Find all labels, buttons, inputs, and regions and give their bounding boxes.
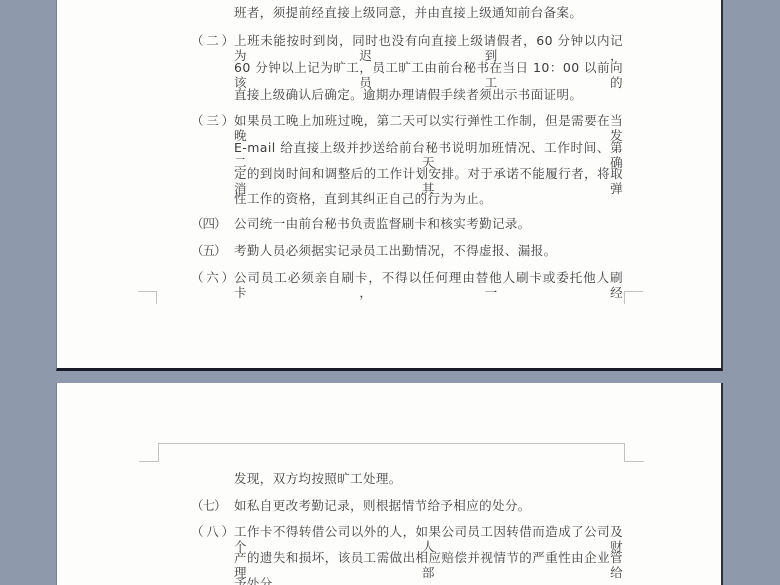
doc-line: E-mail 给直接上级并抄送给前台秘书说明加班情况、工作时间、第二天确 (234, 140, 623, 155)
doc-line-text: 如果员工晚上加班过晚，第二天可以实行弹性工作制，但是需要在当晚发 (234, 113, 623, 143)
item-number: （四） (191, 216, 233, 231)
header-boundary-mark (158, 443, 159, 462)
document-viewer: 班者，须提前经直接上级同意，并由直接上级通知前台备案。 （二） 上班未能按时到岗… (0, 0, 780, 585)
doc-line: （四） 公司统一由前台秘书负责监督刷卡和核实考勤记录。 (234, 216, 623, 231)
doc-line-text: 班者，须提前经直接上级同意，并由直接上级通知前台备案。 (234, 5, 582, 20)
page-1[interactable]: 班者，须提前经直接上级同意，并由直接上级通知前台备案。 （二） 上班未能按时到岗… (56, 0, 723, 371)
item-number: （三） (191, 113, 233, 128)
doc-line: 予处分。 (234, 576, 623, 585)
doc-line-text: 公司员工必须亲自刷卡，不得以任何理由替他人刷卡或委托他人刷卡，一经 (234, 270, 623, 300)
doc-line-text: 上班未能按时到岗，同时也没有向直接上级请假者，60 分钟以内记为迟到， (234, 33, 623, 63)
header-boundary-mark (139, 461, 159, 462)
doc-line: （八） 工作卡不得转借公司以外的人，如果公司员工因转借而造成了公司及个人财 (234, 524, 623, 539)
doc-line: 定的到岗时间和调整后的工作计划安排。对于承诺不能履行者，将取消其弹 (234, 166, 623, 181)
margin-corner-mark (156, 291, 157, 304)
doc-line: 发现，双方均按照旷工处理。 (234, 471, 623, 486)
margin-corner-mark (138, 291, 157, 292)
item-number: （八） (191, 524, 233, 539)
doc-line-text: 予处分。 (234, 576, 286, 585)
item-number: （六） (191, 270, 233, 285)
doc-line-text: 公司统一由前台秘书负责监督刷卡和核实考勤记录。 (234, 216, 531, 231)
header-boundary-mark (624, 461, 644, 462)
header-boundary-line (158, 443, 625, 444)
doc-line-text: 如私自更改考勤记录，则根据情节给予相应的处分。 (234, 498, 531, 513)
doc-line: （六） 公司员工必须亲自刷卡，不得以任何理由替他人刷卡或委托他人刷卡，一经 (234, 270, 623, 285)
item-number: （五） (191, 243, 233, 258)
doc-line: （二） 上班未能按时到岗，同时也没有向直接上级请假者，60 分钟以内记为迟到， (234, 33, 623, 48)
margin-corner-mark (624, 291, 643, 292)
doc-line: （五） 考勤人员必须据实记录员工出勤情况，不得虚报、漏报。 (234, 243, 623, 258)
doc-line: 班者，须提前经直接上级同意，并由直接上级通知前台备案。 (234, 5, 623, 20)
doc-line: 直接上级确认后确定。逾期办理请假手续者须出示书面证明。 (234, 87, 623, 102)
item-number: （七） (191, 498, 233, 513)
doc-line: 60 分钟以上记为旷工，员工旷工由前台秘书在当日 10：00 以前向该员工的 (234, 60, 623, 75)
doc-line-text: 考勤人员必须据实记录员工出勤情况，不得虚报、漏报。 (234, 243, 557, 258)
item-number: （二） (191, 33, 233, 48)
doc-line-text: 性工作的资格，直到其纠正自己的行为为止。 (234, 191, 492, 206)
header-boundary-mark (624, 443, 625, 462)
doc-line: 性工作的资格，直到其纠正自己的行为为止。 (234, 191, 623, 206)
doc-line-text: 60 分钟以上记为旷工，员工旷工由前台秘书在当日 10：00 以前向该员工的 (234, 60, 623, 90)
doc-line: （三） 如果员工晚上加班过晚，第二天可以实行弹性工作制，但是需要在当晚发 (234, 113, 623, 128)
doc-line: 产的遗失和损坏，该员工需做出相应赔偿并视情节的严重性由企业管理部给 (234, 550, 623, 565)
page-2[interactable]: 发现，双方均按照旷工处理。 （七） 如私自更改考勤记录，则根据情节给予相应的处分… (56, 383, 723, 585)
margin-corner-mark (624, 291, 625, 304)
doc-line-text: 直接上级确认后确定。逾期办理请假手续者须出示书面证明。 (234, 87, 582, 102)
doc-line: （七） 如私自更改考勤记录，则根据情节给予相应的处分。 (234, 498, 623, 513)
doc-line-text: 发现，双方均按照旷工处理。 (234, 471, 402, 486)
